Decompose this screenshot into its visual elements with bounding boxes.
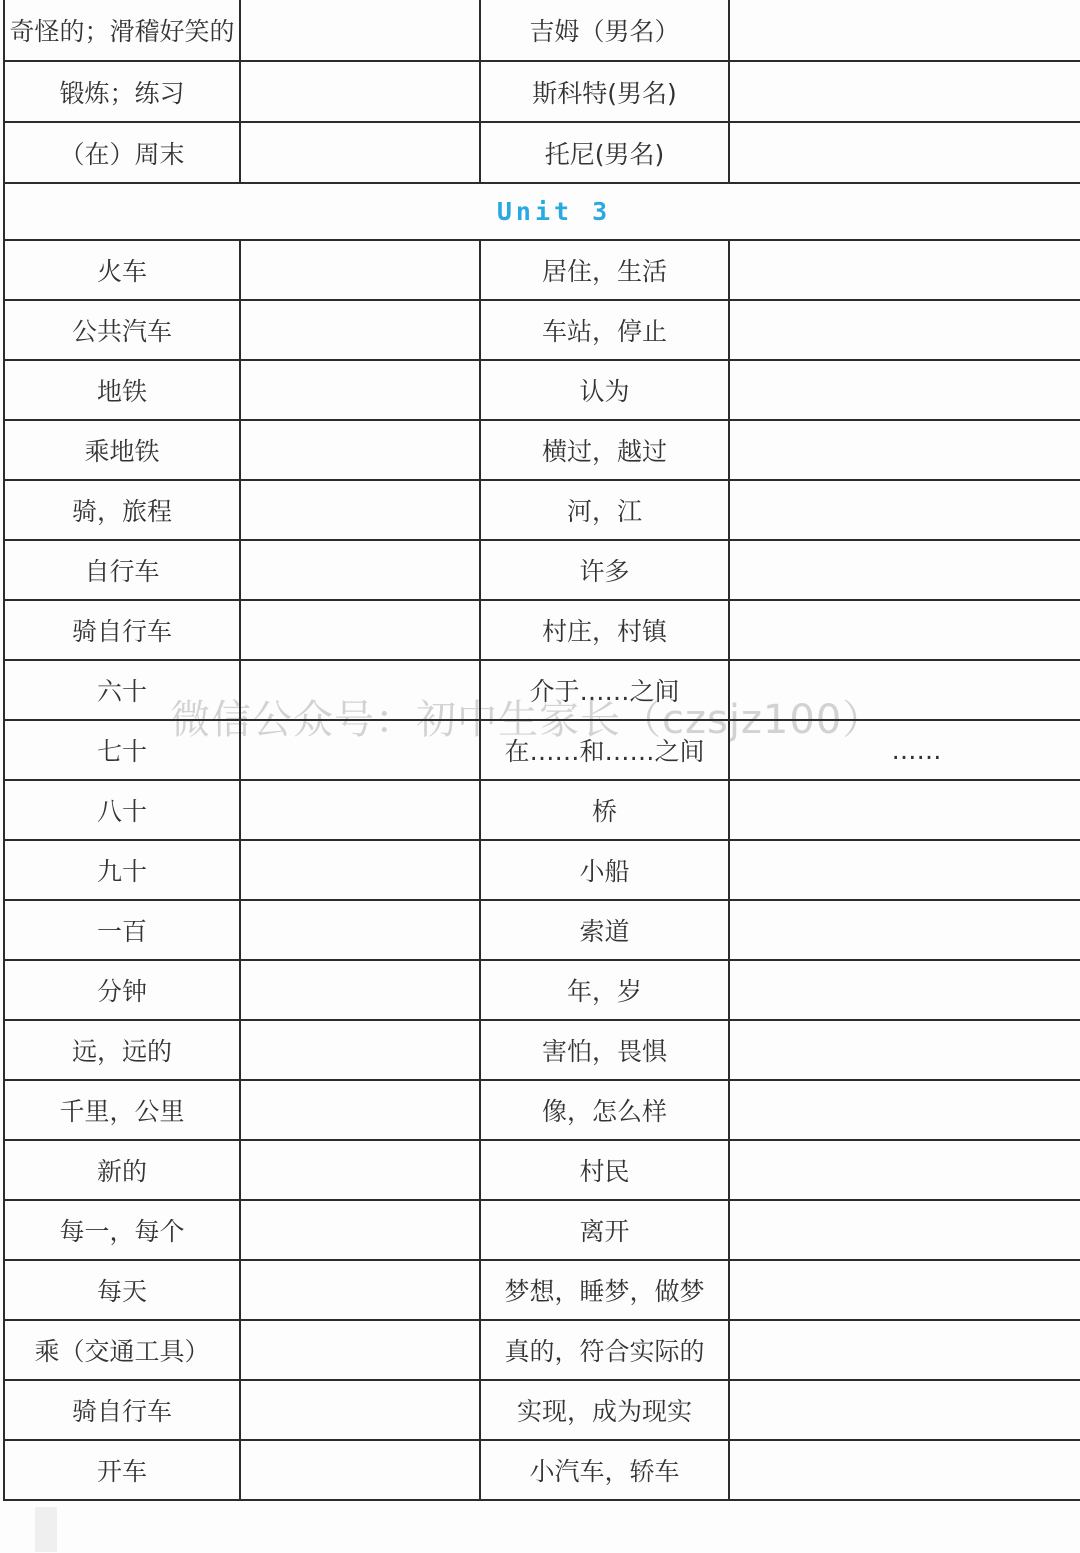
- answer-en-right-cell: [729, 780, 1080, 840]
- answer-en-right-cell: [729, 480, 1080, 540]
- answer-en-right-cell: [729, 1080, 1080, 1140]
- answer-en-right-cell: [729, 1200, 1080, 1260]
- table-row: 六十 介于……之间: [4, 660, 1080, 720]
- table-row: 开车 小汽车，轿车: [4, 1440, 1080, 1500]
- term-cn-left-cell: 开车: [4, 1440, 240, 1500]
- answer-en-left-cell: [240, 300, 480, 360]
- unit2-remainder-rows: 奇怪的；滑稽好笑的 吉姆（男名） 锻炼；练习 斯科特(男名) （在）周末 托尼(…: [4, 0, 1080, 183]
- term-cn-right-cell: 离开: [480, 1200, 729, 1260]
- answer-en-right-cell: [729, 1440, 1080, 1500]
- table-row: 锻炼；练习 斯科特(男名): [4, 61, 1080, 122]
- answer-en-right-cell: [729, 0, 1080, 61]
- term-cn-left-cell: 乘地铁: [4, 420, 240, 480]
- answer-en-right-cell: [729, 840, 1080, 900]
- term-cn-left-cell: 骑自行车: [4, 600, 240, 660]
- answer-en-right-cell: [729, 600, 1080, 660]
- term-cn-right-cell: 村庄，村镇: [480, 600, 729, 660]
- answer-en-right-cell: [729, 900, 1080, 960]
- term-cn-left-cell: 千里，公里: [4, 1080, 240, 1140]
- term-cn-left-cell: 自行车: [4, 540, 240, 600]
- answer-en-left-cell: [240, 780, 480, 840]
- answer-en-left-cell: [240, 1440, 480, 1500]
- table-row: 地铁 认为: [4, 360, 1080, 420]
- table-row: 分钟 年，岁: [4, 960, 1080, 1020]
- answer-en-right-cell: [729, 1260, 1080, 1320]
- unit3-rows: 火车 居住，生活 公共汽车 车站，停止 地铁 认为 乘地铁: [4, 240, 1080, 1500]
- term-cn-right-cell: 认为: [480, 360, 729, 420]
- answer-en-left-cell: [240, 1320, 480, 1380]
- answer-en-right-cell: [729, 1140, 1080, 1200]
- scan-smudge: [35, 1507, 57, 1552]
- table-row: 火车 居住，生活: [4, 240, 1080, 300]
- term-cn-left-cell: 一百: [4, 900, 240, 960]
- term-cn-left-cell: 六十: [4, 660, 240, 720]
- term-cn-left-cell: （在）周末: [4, 122, 240, 183]
- answer-en-left-cell: [240, 360, 480, 420]
- table-row: 自行车 许多: [4, 540, 1080, 600]
- answer-en-right-cell: [729, 1320, 1080, 1380]
- answer-en-left-cell: [240, 1380, 480, 1440]
- term-cn-right-cell: 斯科特(男名): [480, 61, 729, 122]
- answer-en-left-cell: [240, 720, 480, 780]
- answer-en-left-cell: [240, 1140, 480, 1200]
- answer-en-right-cell: [729, 420, 1080, 480]
- term-cn-right-cell: 河，江: [480, 480, 729, 540]
- answer-en-left-cell: [240, 600, 480, 660]
- term-cn-right-cell: 害怕，畏惧: [480, 1020, 729, 1080]
- term-cn-left-cell: 锻炼；练习: [4, 61, 240, 122]
- term-cn-right-cell: 小船: [480, 840, 729, 900]
- term-cn-left-cell: 奇怪的；滑稽好笑的: [4, 0, 240, 61]
- term-cn-right-cell: 小汽车，轿车: [480, 1440, 729, 1500]
- answer-en-left-cell: [240, 240, 480, 300]
- term-cn-right-cell: 梦想，睡梦，做梦: [480, 1260, 729, 1320]
- answer-en-right-cell: [729, 240, 1080, 300]
- answer-en-left-cell: [240, 540, 480, 600]
- term-cn-right-cell: 索道: [480, 900, 729, 960]
- answer-en-left-cell: [240, 420, 480, 480]
- term-cn-left-cell: 新的: [4, 1140, 240, 1200]
- answer-en-right-cell: [729, 360, 1080, 420]
- term-cn-right-cell: 横过，越过: [480, 420, 729, 480]
- term-cn-right-cell: 桥: [480, 780, 729, 840]
- table-row: 远，远的 害怕，畏惧: [4, 1020, 1080, 1080]
- unit-header-row: Unit 3: [4, 183, 1080, 240]
- term-cn-right-cell: 车站，停止: [480, 300, 729, 360]
- term-cn-right-cell: 许多: [480, 540, 729, 600]
- answer-en-right-cell: [729, 1020, 1080, 1080]
- answer-en-right-cell: [729, 660, 1080, 720]
- term-cn-left-cell: 地铁: [4, 360, 240, 420]
- term-cn-right-cell: 村民: [480, 1140, 729, 1200]
- term-cn-left-cell: 乘（交通工具）: [4, 1320, 240, 1380]
- term-cn-left-cell: 骑自行车: [4, 1380, 240, 1440]
- term-cn-right-cell: 吉姆（男名）: [480, 0, 729, 61]
- answer-en-right-cell: [729, 960, 1080, 1020]
- term-cn-right-cell: 托尼(男名): [480, 122, 729, 183]
- term-cn-right-cell: 在……和……之间: [480, 720, 729, 780]
- table-row: 一百 索道: [4, 900, 1080, 960]
- table-row: 骑，旅程 河，江: [4, 480, 1080, 540]
- term-cn-right-cell: 像，怎么样: [480, 1080, 729, 1140]
- answer-en-left-cell: [240, 1080, 480, 1140]
- answer-en-right-cell: [729, 122, 1080, 183]
- answer-en-left-cell: [240, 122, 480, 183]
- answer-en-left-cell: [240, 1260, 480, 1320]
- table-row: 骑自行车 村庄，村镇: [4, 600, 1080, 660]
- term-cn-left-cell: 每一，每个: [4, 1200, 240, 1260]
- answer-en-left-cell: [240, 1020, 480, 1080]
- term-cn-right-cell: 实现，成为现实: [480, 1380, 729, 1440]
- term-cn-right-cell: 介于……之间: [480, 660, 729, 720]
- table-row: 乘（交通工具） 真的，符合实际的: [4, 1320, 1080, 1380]
- answer-en-left-cell: [240, 960, 480, 1020]
- table-row: 乘地铁 横过，越过: [4, 420, 1080, 480]
- answer-en-right-cell: [729, 540, 1080, 600]
- table-row: （在）周末 托尼(男名): [4, 122, 1080, 183]
- table-row: 千里，公里 像，怎么样: [4, 1080, 1080, 1140]
- unit-header-label: Unit 3: [4, 183, 1080, 240]
- term-cn-left-cell: 火车: [4, 240, 240, 300]
- answer-en-left-cell: [240, 0, 480, 61]
- term-cn-left-cell: 每天: [4, 1260, 240, 1320]
- answer-en-right-cell: ……: [729, 720, 1080, 780]
- answer-en-right-cell: [729, 1380, 1080, 1440]
- table-row: 新的 村民: [4, 1140, 1080, 1200]
- term-cn-left-cell: 骑，旅程: [4, 480, 240, 540]
- table-row: 每天 梦想，睡梦，做梦: [4, 1260, 1080, 1320]
- term-cn-right-cell: 居住，生活: [480, 240, 729, 300]
- table-row: 八十 桥: [4, 780, 1080, 840]
- vocabulary-table: 奇怪的；滑稽好笑的 吉姆（男名） 锻炼；练习 斯科特(男名) （在）周末 托尼(…: [3, 0, 1080, 1501]
- answer-en-left-cell: [240, 900, 480, 960]
- term-cn-left-cell: 七十: [4, 720, 240, 780]
- term-cn-right-cell: 真的，符合实际的: [480, 1320, 729, 1380]
- table-row: 九十 小船: [4, 840, 1080, 900]
- table-row: 公共汽车 车站，停止: [4, 300, 1080, 360]
- answer-en-left-cell: [240, 840, 480, 900]
- term-cn-left-cell: 九十: [4, 840, 240, 900]
- answer-en-right-cell: [729, 61, 1080, 122]
- term-cn-left-cell: 分钟: [4, 960, 240, 1020]
- scanned-vocabulary-worksheet: 微信公众号：初中生家长（czsjz100） 奇怪的；滑稽好笑的 吉姆（男名） 锻…: [0, 0, 1080, 1553]
- table-row: 每一，每个 离开: [4, 1200, 1080, 1260]
- term-cn-left-cell: 远，远的: [4, 1020, 240, 1080]
- term-cn-left-cell: 公共汽车: [4, 300, 240, 360]
- term-cn-right-cell: 年，岁: [480, 960, 729, 1020]
- answer-en-left-cell: [240, 480, 480, 540]
- table-row: 奇怪的；滑稽好笑的 吉姆（男名）: [4, 0, 1080, 61]
- unit-header-section: Unit 3: [4, 183, 1080, 240]
- term-cn-left-cell: 八十: [4, 780, 240, 840]
- answer-en-right-cell: [729, 300, 1080, 360]
- answer-en-left-cell: [240, 61, 480, 122]
- answer-en-left-cell: [240, 1200, 480, 1260]
- table-row: 骑自行车 实现，成为现实: [4, 1380, 1080, 1440]
- table-row: 七十 在……和……之间 ……: [4, 720, 1080, 780]
- answer-en-left-cell: [240, 660, 480, 720]
